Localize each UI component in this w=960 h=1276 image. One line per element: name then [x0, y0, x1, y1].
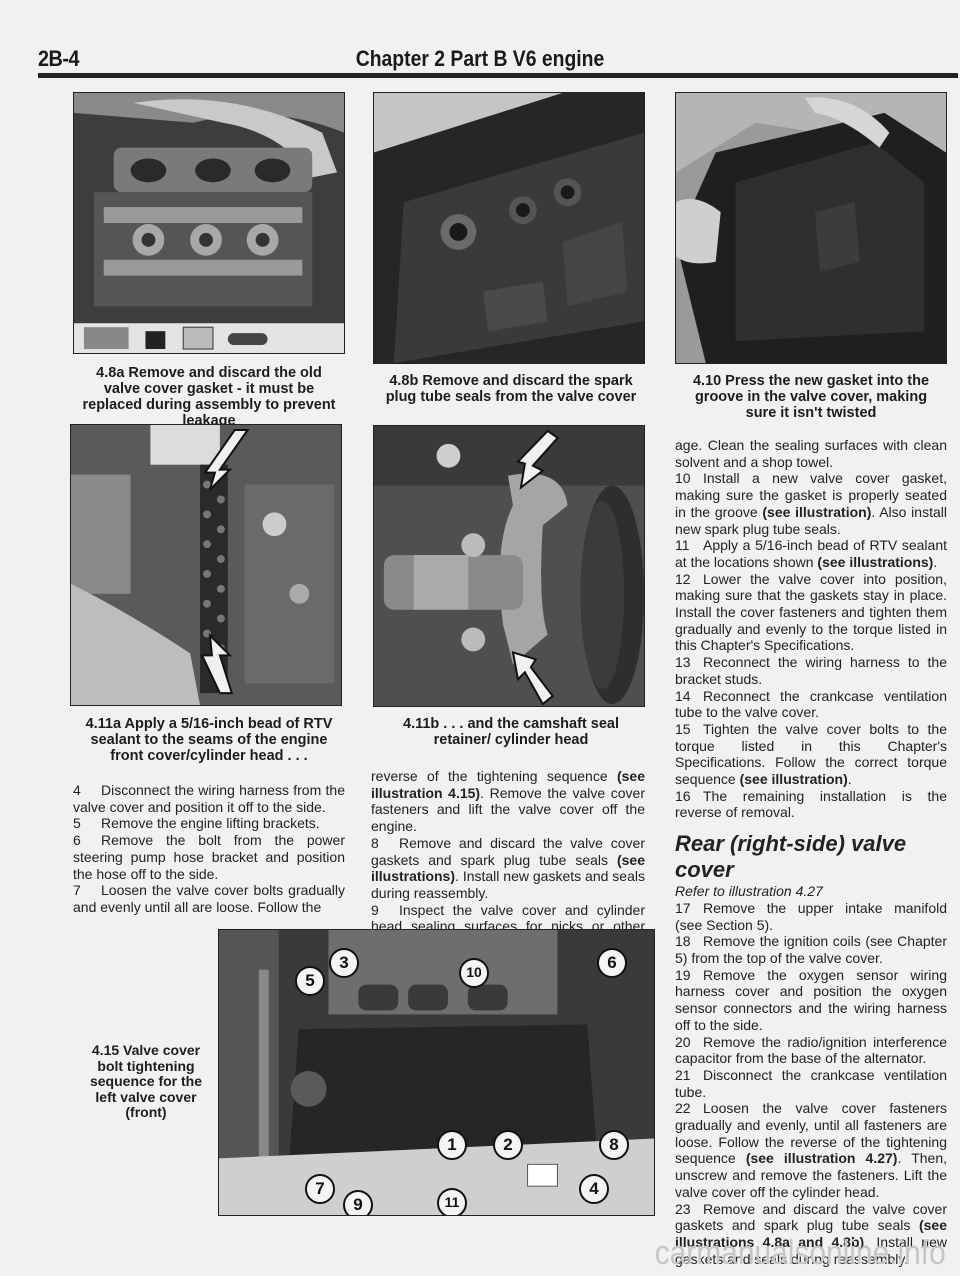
watermark: carmanualsonline.info [655, 1234, 946, 1273]
step-4: 4Disconnect the wiring harness from the … [73, 782, 345, 815]
bolt-callout-10: 10 [459, 958, 489, 988]
caption-4-8b: 4.8b Remove and discard the spark plug t… [380, 373, 642, 405]
bolt-callout-6: 6 [597, 948, 627, 978]
step-20: 20Remove the radio/ignition interference… [675, 1034, 947, 1067]
caption-4-10: 4.10 Press the new gasket into the groov… [680, 373, 942, 421]
step-9-continued: age. Clean the sealing surfaces with cle… [675, 437, 947, 470]
step-15: 15Tighten the valve cover bolts to the t… [675, 721, 947, 788]
caption-4-11a: 4.11a Apply a 5/16-inch bead of RTV seal… [78, 716, 340, 764]
step-5: 5Remove the engine lifting brackets. [73, 815, 345, 832]
step-14: 14Reconnect the crankcase ventilation tu… [675, 688, 947, 721]
bolt-callout-7: 7 [305, 1174, 335, 1204]
bolt-callout-4: 4 [579, 1174, 609, 1204]
step-8: 8Remove and discard the valve cover gask… [371, 835, 645, 902]
step-12: 12Lower the valve cover into position, m… [675, 571, 947, 655]
bolt-callout-2: 2 [493, 1130, 523, 1160]
step-10: 10Install a new valve cover gasket, maki… [675, 470, 947, 537]
step-16: 16The remaining installation is the reve… [675, 788, 947, 821]
photo-4-11a [70, 424, 342, 706]
step-22: 22Loosen the valve cover fasteners gradu… [675, 1100, 947, 1200]
photo-4-11b [373, 425, 645, 707]
photo-4-15: 5 3 10 6 1 2 8 7 9 11 4 [218, 929, 655, 1216]
step-17: 17Remove the upper intake manifold (see … [675, 900, 947, 933]
step-19: 19Remove the oxygen sensor wiring harnes… [675, 967, 947, 1034]
caption-4-11b: 4.11b . . . and the camshaft seal retain… [380, 716, 642, 748]
step-6: 6Remove the bolt from the power steering… [73, 832, 345, 882]
caption-4-15: 4.15 Valve cover bolt tightening sequenc… [82, 1043, 210, 1121]
bolt-callout-5: 5 [295, 966, 325, 996]
step-21: 21Disconnect the crankcase ventilation t… [675, 1067, 947, 1100]
photo-4-8a [73, 92, 345, 354]
step-7-continued: reverse of the tightening sequence (see … [371, 768, 645, 835]
bolt-callout-3: 3 [329, 948, 359, 978]
text-column-middle: reverse of the tightening sequence (see … [371, 768, 645, 952]
photo-4-8b [373, 92, 645, 364]
step-13: 13Reconnect the wiring harness to the br… [675, 654, 947, 687]
section-reference: Refer to illustration 4.27 [675, 883, 947, 900]
text-column-right: age. Clean the sealing surfaces with cle… [675, 437, 947, 1267]
bolt-callout-9: 9 [343, 1190, 373, 1216]
step-18: 18Remove the ignition coils (see Chapter… [675, 933, 947, 966]
bolt-callout-8: 8 [599, 1130, 629, 1160]
photo-4-10 [675, 92, 947, 364]
step-7: 7Loosen the valve cover bolts gradually … [73, 882, 345, 915]
running-head-title: Chapter 2 Part B V6 engine [58, 46, 903, 72]
text-column-left: 4Disconnect the wiring harness from the … [73, 782, 345, 916]
step-11: 11Apply a 5/16-inch bead of RTV sealant … [675, 537, 947, 570]
bolt-callout-11: 11 [437, 1188, 467, 1216]
section-heading: Rear (right-side) valve cover [675, 831, 947, 883]
bolt-callout-1: 1 [437, 1130, 467, 1160]
caption-4-8a: 4.8a Remove and discard the old valve co… [78, 365, 340, 429]
header-rule [38, 73, 958, 78]
